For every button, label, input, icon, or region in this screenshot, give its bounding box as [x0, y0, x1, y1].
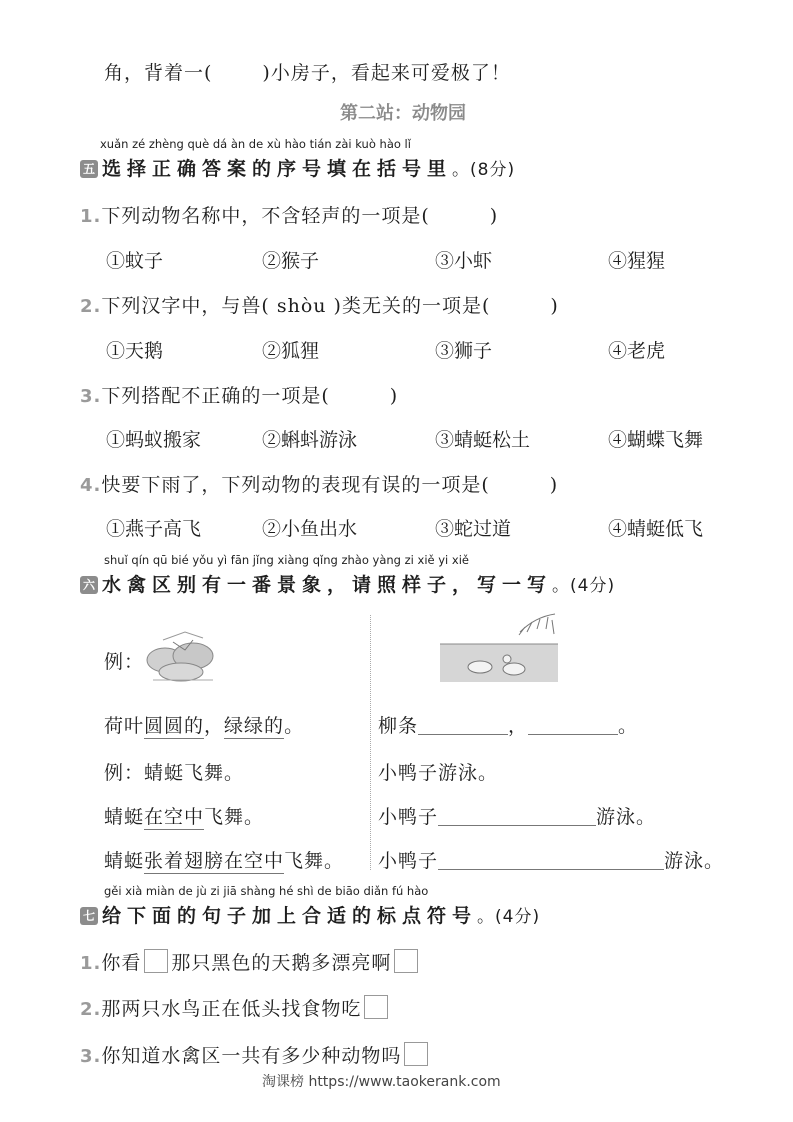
question-text[interactable]: 下列搭配不正确的一项是( ): [101, 385, 398, 407]
q3-option-3: ③蜻蜓松土: [435, 425, 530, 452]
section5-score: 。(8分): [452, 160, 515, 180]
question-number: 2.: [80, 296, 101, 317]
section5-title: 选择正确答案的序号填在括号里: [102, 158, 452, 180]
question-number: 3.: [80, 386, 101, 407]
section5-badge: 五: [80, 160, 98, 178]
section6-score: 。(4分): [552, 576, 615, 596]
section7-heading: 七给下面的句子加上合适的标点符号。(4分): [80, 901, 540, 928]
text: 小鸭子: [378, 850, 438, 872]
passage-continuation: 角，背着一()小房子，看起来可爱极了！: [104, 58, 511, 85]
q4-option-3: ③蛇过道: [435, 514, 511, 541]
punctuation-item-1: 1.你看那只黑色的天鹅多漂亮啊: [80, 948, 421, 975]
question-2: 2.下列汉字中，与兽( shòu )类无关的一项是( ): [80, 291, 559, 318]
example-line-dragonfly-full: 蜻蜓张着翅膀在空中飞舞。: [104, 846, 344, 873]
section7-score: 。(4分): [477, 907, 540, 927]
punctuation-box[interactable]: [144, 949, 168, 973]
text: ，: [508, 715, 528, 737]
text: 飞舞。: [204, 806, 264, 828]
item-number: 1.: [80, 953, 101, 974]
q2-option-3: ③狮子: [435, 336, 492, 363]
q1-option-3: ③小虾: [435, 246, 492, 273]
section7-pinyin: gěi xià miàn de jù zi jiā shàng hé shì d…: [104, 884, 428, 898]
question-number: 1.: [80, 206, 101, 227]
text: 蜻蜓: [104, 850, 144, 872]
text: 柳条: [378, 715, 418, 737]
willow-blank-2[interactable]: [528, 716, 618, 735]
underlined-phrase: 绿绿的: [224, 715, 284, 739]
section6-heading: 六水禽区别有一番景象，请照样子，写一写。(4分): [80, 570, 615, 597]
section6-pinyin: shuǐ qín qū bié yǒu yì fān jǐng xiàng qǐ…: [104, 553, 469, 567]
text: 游泳。: [596, 806, 656, 828]
passage-text-before: 角，背着一(: [104, 62, 212, 84]
question-3: 3.下列搭配不正确的一项是( ): [80, 381, 398, 408]
text: 。: [284, 715, 304, 737]
text: 。: [618, 715, 638, 737]
text: ，: [204, 715, 224, 737]
text: 蜻蜓: [104, 806, 144, 828]
q4-option-4: ④蜻蜓低飞: [608, 514, 703, 541]
underlined-phrase: 张着翅膀在空中: [144, 850, 284, 874]
text: 游泳。: [664, 850, 724, 872]
section5-pinyin: xuǎn zé zhèng què dá àn de xù hào tián z…: [100, 137, 411, 151]
q3-option-4: ④蝴蝶飞舞: [608, 425, 703, 452]
punctuation-item-3: 3.你知道水禽区一共有多少种动物吗: [80, 1041, 431, 1068]
station-title: 第二站：动物园: [340, 99, 466, 125]
footer-watermark: 淘课榜 https://www.taokerank.com: [262, 1071, 501, 1091]
punctuation-item-2: 2.那两只水鸟正在低头找食物吃: [80, 994, 391, 1021]
question-text[interactable]: 快要下雨了，下列动物的表现有误的一项是( ): [101, 474, 558, 496]
lotus-dragonfly-illustration: [143, 630, 223, 685]
q2-option-2: ②狐狸: [262, 336, 319, 363]
item-text: 你看: [101, 952, 141, 974]
q3-option-2: ②蝌蚪游泳: [262, 425, 357, 452]
underlined-phrase: 在空中: [144, 806, 204, 830]
passage-text-after: )小房子，看起来可爱极了！: [262, 62, 510, 84]
question-1: 1.下列动物名称中，不含轻声的一项是( ): [80, 201, 498, 228]
duck-blank-2[interactable]: [438, 851, 664, 870]
punctuation-box[interactable]: [364, 995, 388, 1019]
question-text[interactable]: 下列动物名称中，不含轻声的一项是( ): [101, 205, 498, 227]
q3-option-1: ①蚂蚁搬家: [106, 425, 201, 452]
item-text: 那两只水鸟正在低头找食物吃: [101, 998, 361, 1020]
q1-option-1: ①蚊子: [106, 246, 163, 273]
section7-title: 给下面的句子加上合适的标点符号: [102, 905, 477, 927]
item-number: 3.: [80, 1046, 101, 1067]
question-text[interactable]: 下列汉字中，与兽( shòu )类无关的一项是( ): [101, 295, 558, 317]
exercise-line-duck-expanded: 小鸭子游泳。: [378, 802, 656, 829]
q4-option-1: ①燕子高飞: [106, 514, 201, 541]
section7-badge: 七: [80, 907, 98, 925]
item-text: 那只黑色的天鹅多漂亮啊: [171, 952, 391, 974]
question-number: 4.: [80, 475, 101, 496]
q1-option-2: ②猴子: [262, 246, 319, 273]
willow-blank-1[interactable]: [418, 716, 508, 735]
exercise-line-duck-full: 小鸭子游泳。: [378, 846, 724, 873]
punctuation-box[interactable]: [404, 1042, 428, 1066]
section6-title: 水禽区别有一番景象，请照样子，写一写: [102, 574, 552, 596]
example-line-dragonfly-expanded: 蜻蜓在空中飞舞。: [104, 802, 264, 829]
example-label: 例：: [104, 647, 144, 674]
q2-option-1: ①天鹅: [106, 336, 163, 363]
section6-badge: 六: [80, 576, 98, 594]
duck-blank-1[interactable]: [438, 807, 596, 826]
underlined-phrase: 圆圆的: [144, 715, 204, 739]
example-line-dragonfly: 例：蜻蜓飞舞。: [104, 758, 244, 785]
column-divider: [370, 615, 371, 870]
punctuation-box[interactable]: [394, 949, 418, 973]
item-number: 2.: [80, 999, 101, 1020]
example-line-lotus: 荷叶圆圆的，绿绿的。: [104, 711, 304, 738]
text: 飞舞。: [284, 850, 344, 872]
q1-option-4: ④猩猩: [608, 246, 665, 273]
item-text: 你知道水禽区一共有多少种动物吗: [101, 1045, 401, 1067]
exercise-line-willow: 柳条，。: [378, 711, 638, 738]
exercise-line-duck: 小鸭子游泳。: [378, 758, 498, 785]
ducks-willow-illustration: [440, 612, 560, 684]
text: 荷叶: [104, 715, 144, 737]
q2-option-4: ④老虎: [608, 336, 665, 363]
text: 小鸭子: [378, 806, 438, 828]
question-4: 4.快要下雨了，下列动物的表现有误的一项是( ): [80, 470, 558, 497]
section5-heading: 五选择正确答案的序号填在括号里。(8分): [80, 154, 515, 181]
q4-option-2: ②小鱼出水: [262, 514, 357, 541]
